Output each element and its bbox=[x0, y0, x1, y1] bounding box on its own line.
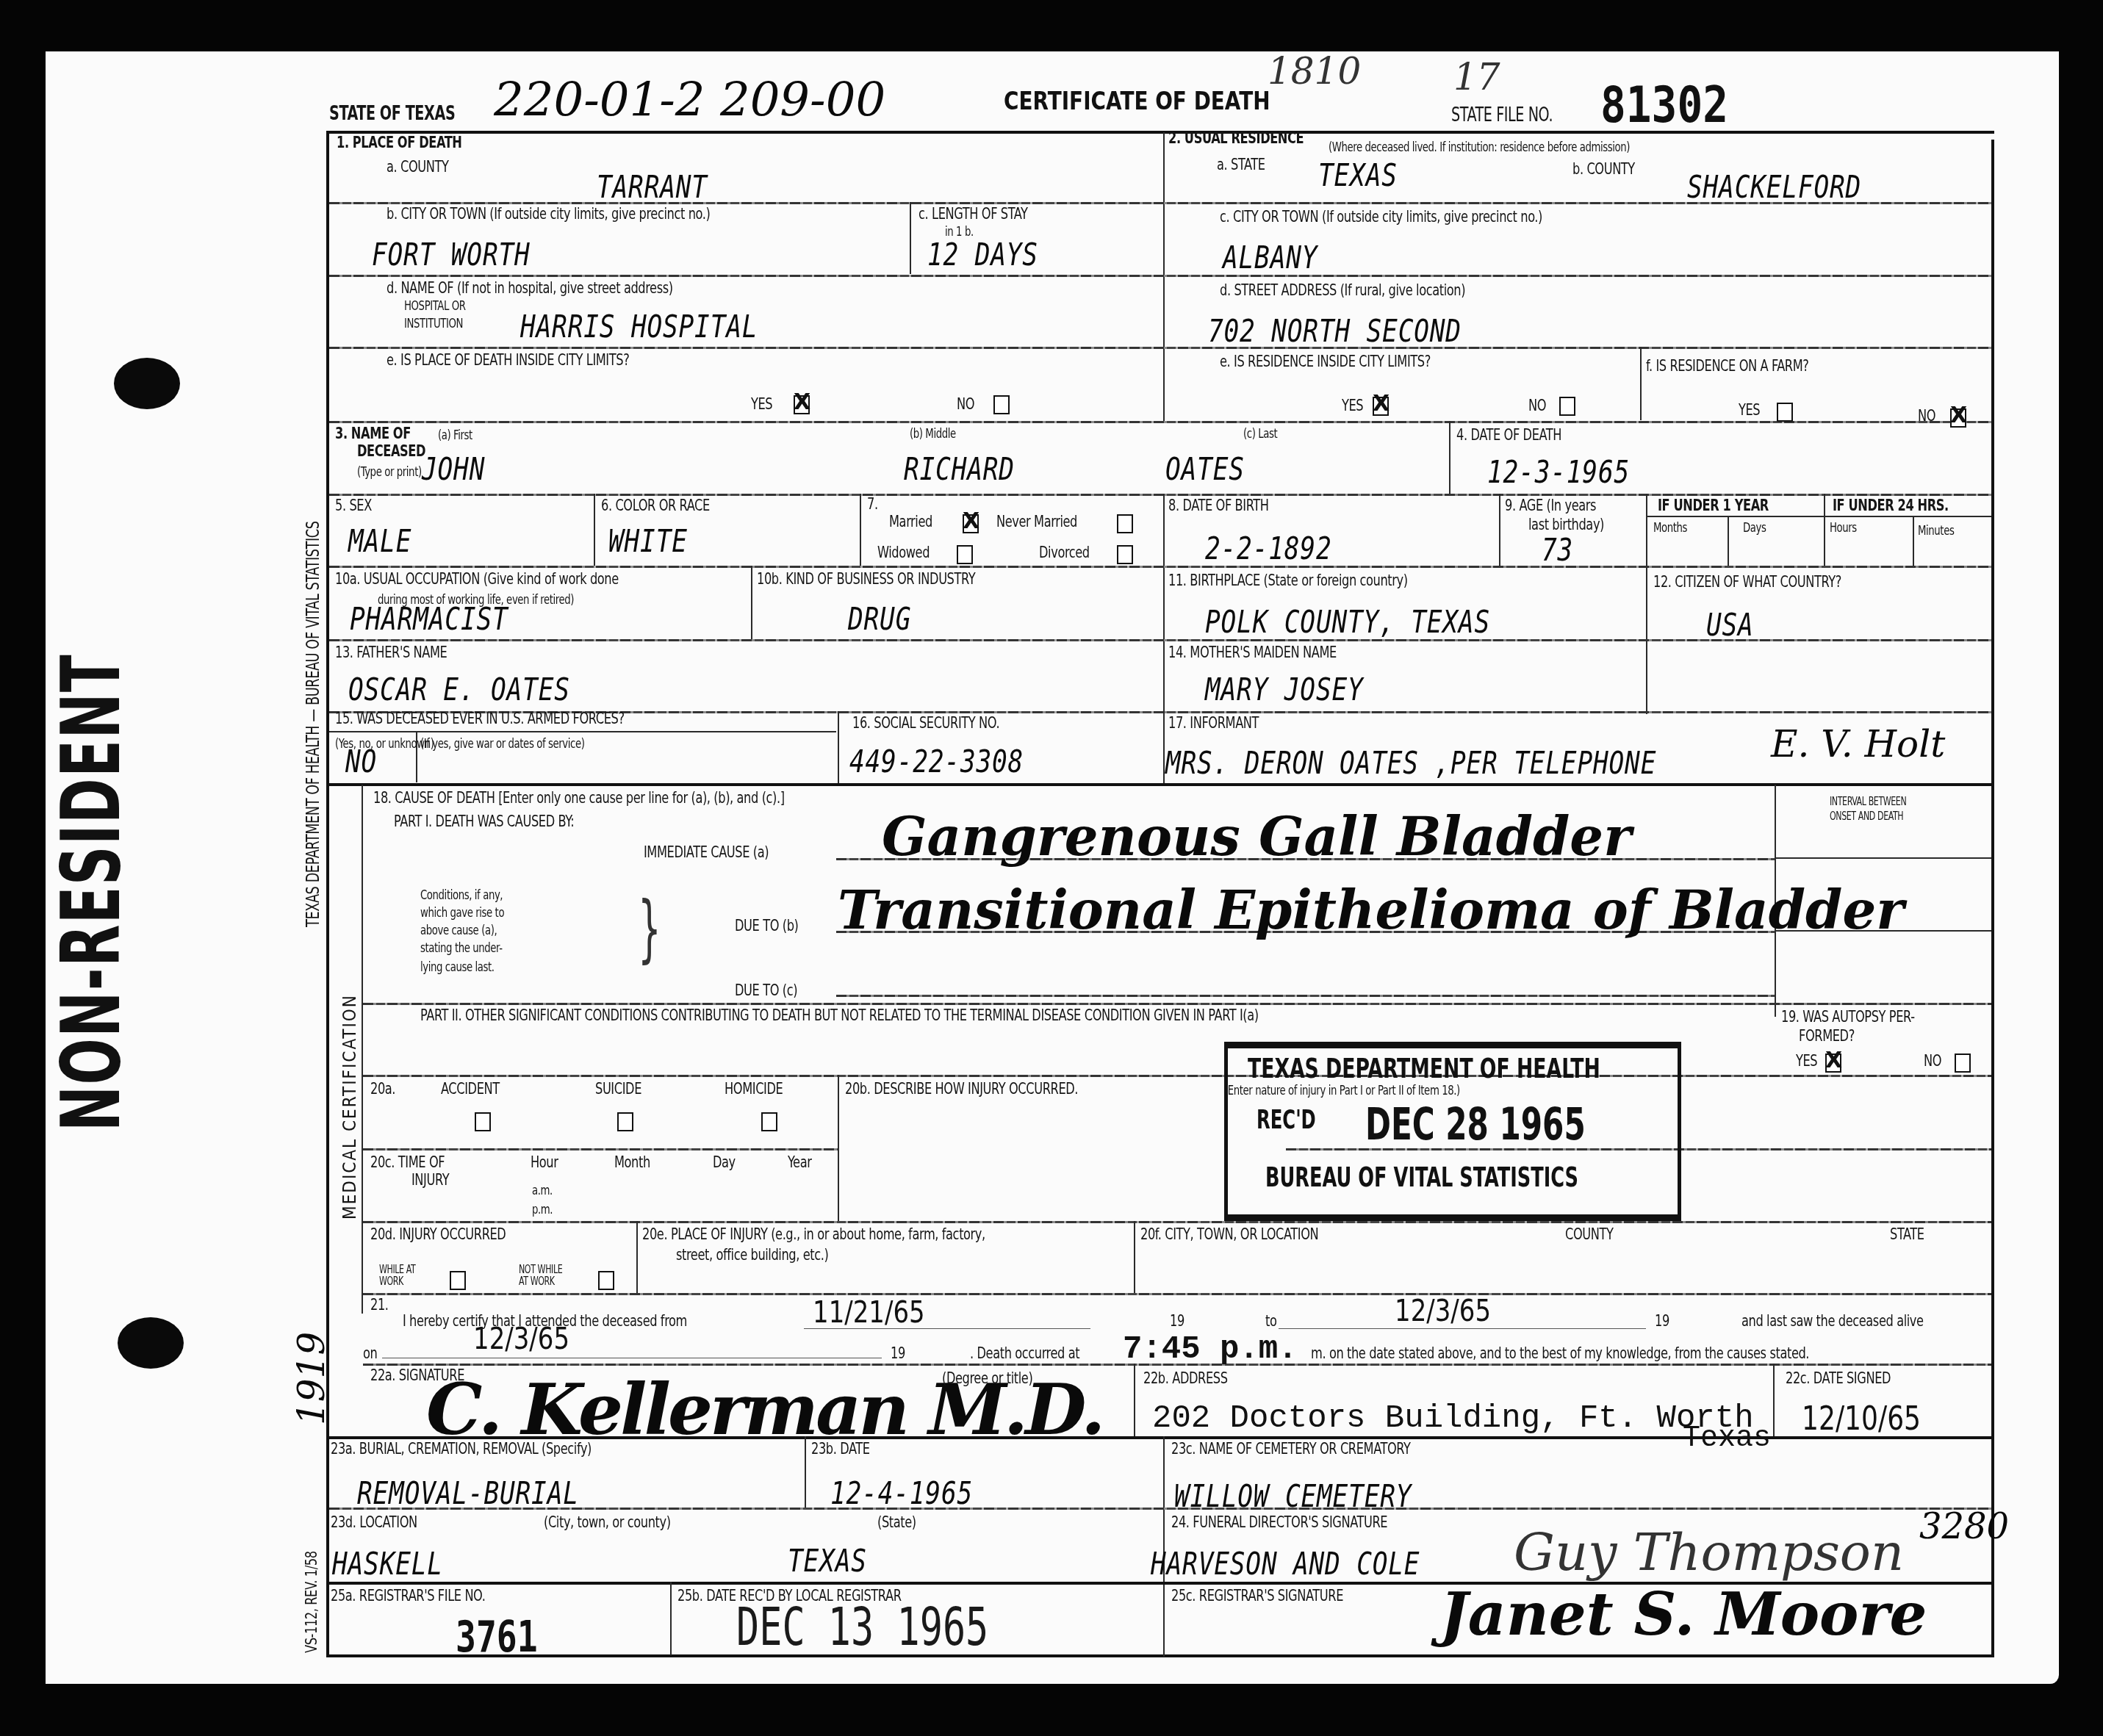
checkbox-res-farm-no[interactable] bbox=[1950, 408, 1966, 428]
label-burial: 23a. BURIAL, CREMATION, REMOVAL (Specify… bbox=[331, 1440, 592, 1458]
value-funeral-director-signature: Guy Thompson bbox=[1514, 1522, 1904, 1582]
label-yes: YES bbox=[1739, 401, 1760, 419]
state-file-number: 81302 bbox=[1600, 76, 1728, 134]
label-autopsy-2: FORMED? bbox=[1799, 1027, 1855, 1045]
form-bottom-border bbox=[326, 1654, 1994, 1657]
label-dob: 8. DATE OF BIRTH bbox=[1168, 497, 1269, 515]
label-registrar-file-no: 25a. REGISTRAR'S FILE NO. bbox=[331, 1587, 485, 1605]
label-time-of-injury: 20c. TIME OF bbox=[370, 1153, 445, 1172]
label-degree: (Degree or title) bbox=[942, 1369, 1032, 1388]
value-funeral-license-number: 3280 bbox=[1919, 1506, 2009, 1547]
rule bbox=[363, 1293, 1991, 1295]
value-first-name: JOHN bbox=[422, 451, 485, 487]
rule bbox=[382, 1358, 882, 1358]
value-due-to-b: Transitional Epithelioma of Bladder bbox=[838, 879, 1904, 941]
checkbox-res-inside-city-yes[interactable] bbox=[1373, 397, 1389, 416]
value-dob: 2-2-1892 bbox=[1205, 530, 1331, 566]
form-right-border bbox=[1991, 140, 1994, 1657]
rule bbox=[751, 566, 752, 639]
label-usual-residence: 2. USUAL RESIDENCE bbox=[1168, 129, 1304, 148]
rule bbox=[329, 347, 1991, 349]
form-left-border bbox=[326, 131, 329, 1657]
label-am: a.m. bbox=[532, 1183, 553, 1198]
label-burial-date: 23b. DATE bbox=[811, 1440, 870, 1458]
label-father: 13. FATHER'S NAME bbox=[335, 644, 447, 662]
label-first: (a) First bbox=[438, 428, 472, 443]
label-no: NO bbox=[1918, 407, 1935, 425]
label-res-county: b. COUNTY bbox=[1572, 160, 1635, 179]
top-note-17: 17 bbox=[1453, 56, 1500, 98]
label-never-married: Never Married bbox=[996, 513, 1077, 531]
value-attended-to: 12/3/65 bbox=[1395, 1294, 1491, 1328]
label-under-24-hrs: IF UNDER 24 HRS. bbox=[1833, 497, 1949, 515]
label-no: NO bbox=[1924, 1052, 1941, 1070]
label-length-of-stay: c. LENGTH OF STAY bbox=[919, 205, 1028, 223]
label-usual-residence-note: (Where deceased lived. If institution: r… bbox=[1329, 140, 1630, 155]
value-father: OSCAR E. OATES bbox=[348, 671, 570, 707]
label-days: Days bbox=[1743, 520, 1766, 536]
value-res-city: ALBANY bbox=[1223, 239, 1317, 275]
side-text-medical-certification: MEDICAL CERTIFICATION bbox=[339, 994, 360, 1220]
header-code: 220-01-2 209-00 bbox=[494, 73, 885, 128]
label-manner: 20a. bbox=[370, 1080, 395, 1098]
form-number: VS-112, REV. 1/58 bbox=[303, 1551, 321, 1653]
label-autopsy: 19. WAS AUTOPSY PER- bbox=[1781, 1008, 1915, 1026]
rule bbox=[329, 494, 1991, 496]
label-location-state: (State) bbox=[877, 1513, 916, 1532]
label-age: 9. AGE (In years bbox=[1505, 497, 1596, 515]
label-under-1-year: IF UNDER 1 YEAR bbox=[1658, 497, 1769, 515]
label-nineteen: 19 bbox=[1655, 1312, 1669, 1330]
punch-hole-bottom bbox=[118, 1317, 184, 1369]
label-no: NO bbox=[1528, 397, 1546, 415]
label-res-city: c. CITY OR TOWN (If outside city limits,… bbox=[1220, 208, 1542, 226]
label-birthplace: 11. BIRTHPLACE (State or foreign country… bbox=[1168, 572, 1408, 590]
checkbox-res-inside-city-no[interactable] bbox=[1559, 397, 1575, 416]
label-while-at-work: WHILE AT WORK bbox=[379, 1264, 428, 1287]
top-note-1810: 1810 bbox=[1268, 50, 1361, 93]
checkbox-married[interactable] bbox=[963, 514, 979, 533]
label-funeral-director: 24. FUNERAL DIRECTOR'S SIGNATURE bbox=[1171, 1513, 1387, 1532]
label-no: NO bbox=[957, 395, 974, 414]
label-sex: 5. SEX bbox=[335, 497, 372, 515]
label-place-of-injury: 20e. PLACE OF INJURY (e.g., in or about … bbox=[642, 1225, 985, 1244]
label-name-of-deceased-2: DECEASED bbox=[357, 442, 425, 461]
label-hour: Hour bbox=[531, 1153, 558, 1172]
label-divorced: Divorced bbox=[1039, 544, 1090, 562]
label-address: 22b. ADDRESS bbox=[1143, 1369, 1228, 1388]
label-name-of-deceased: 3. NAME OF bbox=[335, 425, 411, 443]
label-middle: (b) Middle bbox=[910, 426, 956, 442]
rule bbox=[1279, 1328, 1646, 1329]
label-months: Months bbox=[1653, 520, 1687, 536]
label-time-of-injury-2: INJURY bbox=[411, 1171, 449, 1189]
value-mother: MARY JOSEY bbox=[1205, 671, 1364, 707]
rule bbox=[1134, 1221, 1135, 1293]
label-day: Day bbox=[713, 1153, 736, 1172]
label-minutes: Minutes bbox=[1918, 523, 1954, 539]
label-immediate-cause: IMMEDIATE CAUSE (a) bbox=[644, 843, 769, 862]
label-cause-of-death: 18. CAUSE OF DEATH [Enter only one cause… bbox=[373, 789, 785, 807]
value-age: 73 bbox=[1542, 532, 1573, 568]
label-hospital-3: INSTITUTION bbox=[404, 316, 463, 331]
label-cert-text-3: m. on the date stated above, and to the … bbox=[1311, 1344, 1809, 1363]
label-marital: 7. bbox=[867, 495, 878, 514]
label-married: Married bbox=[889, 513, 932, 531]
label-race: 6. COLOR OR RACE bbox=[601, 497, 710, 515]
label-on: on bbox=[363, 1344, 377, 1363]
label-yes: YES bbox=[751, 395, 772, 414]
rule bbox=[362, 785, 363, 1314]
rule bbox=[1134, 1364, 1135, 1437]
value-date-recd-local: DEC 13 1965 bbox=[736, 1596, 988, 1657]
checkbox-not-while-at-work[interactable] bbox=[598, 1271, 614, 1290]
label-armed-forces: 15. WAS DECEASED EVER IN U.S. ARMED FORC… bbox=[335, 710, 625, 728]
label-injury-county: COUNTY bbox=[1565, 1225, 1613, 1244]
label-interval-1: INTERVAL BETWEEN bbox=[1830, 795, 1906, 808]
rule bbox=[363, 1148, 838, 1150]
label-place-of-injury-2: street, office building, etc.) bbox=[676, 1246, 828, 1264]
value-death-county: TARRANT bbox=[597, 169, 708, 205]
label-injury-city: 20f. CITY, TOWN, OR LOCATION bbox=[1140, 1225, 1318, 1244]
checkbox-homicide[interactable] bbox=[761, 1112, 777, 1131]
value-registrar-signature: Janet S. Moore bbox=[1440, 1580, 1927, 1649]
rule bbox=[329, 275, 1991, 277]
rule bbox=[910, 202, 911, 274]
label-injury-occurred: 20d. INJURY OCCURRED bbox=[370, 1225, 506, 1244]
label-pm: p.m. bbox=[532, 1202, 553, 1217]
label-death-inside-city: e. IS PLACE OF DEATH INSIDE CITY LIMITS? bbox=[387, 351, 629, 370]
label-due-to-c: DUE TO (c) bbox=[735, 982, 797, 1000]
value-funeral-home: HARVESON AND COLE bbox=[1151, 1546, 1420, 1582]
label-month: Month bbox=[614, 1153, 650, 1172]
rule bbox=[838, 711, 839, 783]
value-res-street: 702 NORTH SECOND bbox=[1208, 313, 1462, 349]
checkbox-widowed[interactable] bbox=[957, 545, 973, 564]
label-location-city: (City, town, or county) bbox=[544, 1513, 671, 1532]
value-middle-name: RICHARD bbox=[904, 451, 1015, 487]
value-death-city: FORT WORTH bbox=[372, 237, 531, 273]
value-length-of-stay: 12 DAYS bbox=[927, 237, 1038, 273]
brace-icon: } bbox=[638, 885, 661, 971]
value-res-county: SHACKELFORD bbox=[1687, 169, 1861, 205]
rule bbox=[1913, 516, 1914, 566]
value-res-state: TEXAS bbox=[1318, 157, 1398, 193]
rule bbox=[363, 1221, 1991, 1223]
checkbox-suicide[interactable] bbox=[617, 1112, 633, 1131]
label-cert-text-2: and last saw the deceased alive bbox=[1741, 1312, 1924, 1330]
label-ssn: 16. SOCIAL SECURITY NO. bbox=[852, 714, 999, 732]
label-conditions-2: which gave rise to bbox=[420, 905, 504, 921]
value-location-city: HASKELL bbox=[332, 1546, 443, 1582]
label-citizen: 12. CITIZEN OF WHAT COUNTRY? bbox=[1653, 573, 1841, 591]
rule bbox=[329, 783, 1991, 786]
rule bbox=[1163, 711, 1165, 783]
label-nineteen: 19 bbox=[891, 1344, 905, 1363]
label-conditions-4: stating the under- bbox=[420, 940, 503, 956]
value-sex: MALE bbox=[348, 523, 411, 559]
rule bbox=[329, 421, 1991, 423]
value-burial: REMOVAL-BURIAL bbox=[357, 1475, 579, 1511]
label-injury-state: STATE bbox=[1890, 1225, 1924, 1244]
label-nineteen: 19 bbox=[1170, 1312, 1184, 1330]
label-hospital: d. NAME OF (If not in hospital, give str… bbox=[387, 279, 673, 298]
value-last-name: OATES bbox=[1165, 451, 1245, 487]
stamp-date: DEC 28 1965 bbox=[1365, 1099, 1586, 1150]
label-mother: 14. MOTHER'S MAIDEN NAME bbox=[1168, 644, 1337, 662]
rule bbox=[1499, 494, 1500, 566]
rule bbox=[860, 494, 861, 566]
label-widowed: Widowed bbox=[877, 544, 930, 562]
rule bbox=[836, 995, 1775, 997]
value-burial-date: 12-4-1965 bbox=[830, 1475, 973, 1511]
label-place-of-death: 1. PLACE OF DEATH bbox=[337, 134, 461, 152]
label-last: (c) Last bbox=[1243, 426, 1277, 442]
label-res-street: d. STREET ADDRESS (If rural, give locati… bbox=[1220, 281, 1465, 300]
label-hours: Hours bbox=[1830, 520, 1857, 536]
label-cert-21: 21. bbox=[370, 1296, 389, 1314]
rule bbox=[1773, 1364, 1775, 1437]
rule bbox=[594, 494, 595, 566]
value-ssn: 449-22-3308 bbox=[849, 743, 1024, 779]
value-time-of-death: 7:45 p.m. bbox=[1123, 1331, 1298, 1368]
label-yes: YES bbox=[1796, 1052, 1817, 1070]
label-due-to-b: DUE TO (b) bbox=[735, 917, 798, 935]
label-death-occurred: . Death occurred at bbox=[970, 1344, 1079, 1363]
stamp-line-1: TEXAS DEPARTMENT OF HEALTH bbox=[1248, 1052, 1600, 1084]
label-type-or-print: (Type or print) bbox=[357, 464, 422, 480]
label-hospital-2: HOSPITAL OR bbox=[404, 298, 466, 314]
label-death-city: b. CITY OR TOWN (If outside city limits,… bbox=[387, 205, 710, 223]
label-yes: YES bbox=[1342, 397, 1363, 415]
checkbox-divorced[interactable] bbox=[1117, 545, 1133, 564]
value-citizen: USA bbox=[1706, 607, 1754, 643]
label-not-while-at-work: NOT WHILE AT WORK bbox=[519, 1264, 567, 1287]
punch-hole-top bbox=[114, 358, 180, 409]
rule bbox=[363, 1003, 1991, 1005]
label-res-farm: f. IS RESIDENCE ON A FARM? bbox=[1646, 357, 1809, 375]
side-stamp-non-resident: NON-RESIDENT bbox=[44, 654, 138, 1131]
label-date-of-death: 4. DATE OF DEATH bbox=[1456, 426, 1561, 444]
checkbox-death-inside-city-no[interactable] bbox=[993, 395, 1010, 414]
rule bbox=[1646, 494, 1647, 714]
label-homicide: HOMICIDE bbox=[725, 1080, 783, 1098]
checkbox-res-farm-yes[interactable] bbox=[1777, 403, 1793, 422]
rule bbox=[670, 1582, 672, 1655]
label-occupation: 10a. USUAL OCCUPATION (Give kind of work… bbox=[335, 570, 619, 588]
label-conditions-5: lying cause last. bbox=[420, 959, 495, 975]
value-address-line-2: Texas bbox=[1683, 1422, 1771, 1455]
rule bbox=[329, 566, 1991, 568]
value-registrar-file-no: 3761 bbox=[456, 1612, 538, 1662]
checkbox-while-at-work[interactable] bbox=[450, 1271, 466, 1290]
label-year: Year bbox=[788, 1153, 811, 1172]
value-location-state: TEXAS bbox=[788, 1543, 867, 1579]
rule bbox=[329, 731, 836, 732]
label-part-2: PART II. OTHER SIGNIFICANT CONDITIONS CO… bbox=[420, 1006, 1259, 1025]
rule bbox=[1640, 347, 1642, 420]
label-death-county: a. COUNTY bbox=[387, 158, 449, 176]
rule bbox=[1824, 494, 1825, 566]
label-location: 23d. LOCATION bbox=[331, 1513, 417, 1532]
rule bbox=[838, 1075, 839, 1222]
value-date-of-death: 12-3-1965 bbox=[1487, 454, 1630, 490]
value-last-seen: 12/3/65 bbox=[473, 1322, 569, 1356]
checkbox-never-married[interactable] bbox=[1117, 514, 1133, 533]
rule bbox=[1775, 857, 1991, 859]
label-armed-forces-sub-2: (If yes, give war or dates of service) bbox=[420, 736, 584, 752]
stamp-line-3: BUREAU OF VITAL STATISTICS bbox=[1265, 1161, 1578, 1193]
state-file-no-label: STATE FILE NO. bbox=[1451, 104, 1553, 126]
rule bbox=[804, 1328, 1090, 1329]
checkbox-autopsy-no[interactable] bbox=[1955, 1054, 1971, 1073]
value-address-line-1: 202 Doctors Building, Ft. Worth bbox=[1152, 1400, 1754, 1437]
label-describe-injury: 20b. DESCRIBE HOW INJURY OCCURRED. bbox=[845, 1080, 1078, 1098]
stamp-recd: REC'D bbox=[1257, 1105, 1316, 1135]
divider-center-top bbox=[1163, 132, 1165, 422]
rule bbox=[1728, 516, 1729, 566]
rule bbox=[1163, 494, 1165, 714]
rule bbox=[363, 1075, 1991, 1077]
label-conditions-3: above cause (a), bbox=[420, 923, 497, 938]
label-date-signed: 22c. DATE SIGNED bbox=[1786, 1369, 1891, 1388]
label-interval-2: ONSET AND DEATH bbox=[1830, 810, 1903, 823]
certificate-title: CERTIFICATE OF DEATH bbox=[1004, 87, 1270, 116]
value-occupation: PHARMACIST bbox=[350, 601, 508, 637]
checkbox-accident[interactable] bbox=[475, 1112, 491, 1131]
label-suicide: SUICIDE bbox=[595, 1080, 641, 1098]
informant-initials-handwritten: E. V. Holt bbox=[1771, 723, 1945, 766]
label-accident: ACCIDENT bbox=[441, 1080, 500, 1098]
value-attended-from: 11/21/65 bbox=[813, 1296, 925, 1330]
checkbox-death-inside-city-yes[interactable] bbox=[794, 395, 810, 414]
value-armed-forces: NO bbox=[345, 743, 377, 779]
form-top-border bbox=[326, 131, 1994, 134]
value-immediate-cause: Gangrenous Gall Bladder bbox=[882, 805, 1631, 868]
value-informant: MRS. DERON OATES ,PER TELEPHONE bbox=[1165, 745, 1656, 781]
side-text-department: TEXAS DEPARTMENT OF HEALTH — BUREAU OF V… bbox=[303, 521, 323, 927]
label-to: to bbox=[1265, 1312, 1276, 1330]
rule bbox=[1449, 421, 1450, 494]
label-registrar-signature: 25c. REGISTRAR'S SIGNATURE bbox=[1171, 1587, 1343, 1605]
value-hospital: HARRIS HOSPITAL bbox=[520, 309, 758, 345]
checkbox-autopsy-yes[interactable] bbox=[1825, 1054, 1841, 1073]
value-race: WHITE bbox=[608, 523, 688, 559]
label-res-state: a. STATE bbox=[1217, 156, 1265, 174]
label-res-inside-city: e. IS RESIDENCE INSIDE CITY LIMITS? bbox=[1220, 353, 1431, 371]
rule bbox=[1646, 516, 1991, 517]
value-date-signed: 12/10/65 bbox=[1802, 1400, 1921, 1438]
value-cemetery: WILLOW CEMETERY bbox=[1174, 1478, 1412, 1514]
state-label: STATE OF TEXAS bbox=[329, 103, 455, 125]
value-industry: DRUG bbox=[848, 601, 911, 637]
value-birthplace: POLK COUNTY, TEXAS bbox=[1205, 604, 1490, 640]
label-conditions-1: Conditions, if any, bbox=[420, 887, 503, 903]
label-cemetery: 23c. NAME OF CEMETERY OR CREMATORY bbox=[1171, 1440, 1411, 1458]
rule bbox=[636, 1221, 638, 1293]
label-informant: 17. INFORMANT bbox=[1168, 714, 1259, 732]
label-industry: 10b. KIND OF BUSINESS OR INDUSTRY bbox=[757, 570, 975, 588]
label-part-1: PART I. DEATH WAS CAUSED BY: bbox=[394, 813, 574, 831]
